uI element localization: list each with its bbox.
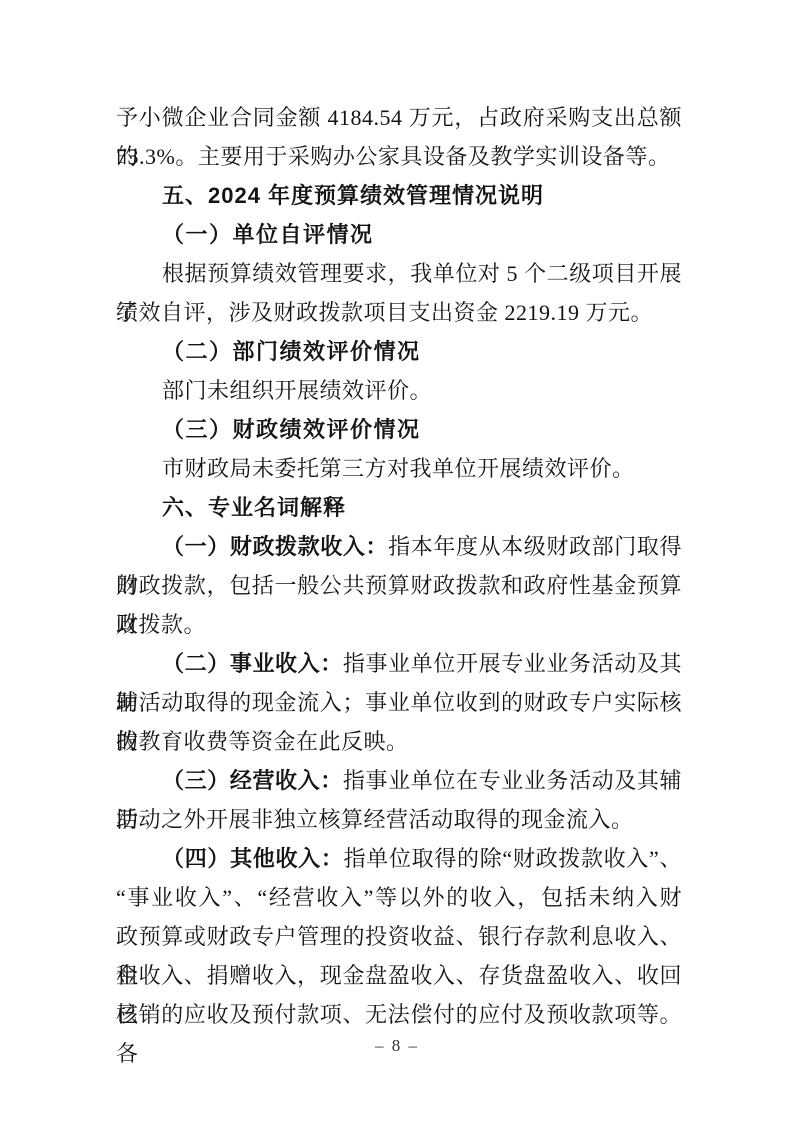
section-5-heading: 五、2024 年度预算绩效管理情况说明 xyxy=(116,176,682,215)
term-definition-line: （二）事业收入：指事业单位开展专业业务活动及其辅 xyxy=(116,644,682,683)
doc-line: 绩效自评，涉及财政拨款项目支出资金 2219.19 万元。 xyxy=(116,293,682,332)
term-label: （四）其他收入： xyxy=(162,846,344,871)
term-definition-line: （四）其他收入：指单位取得的除“财政拨款收入”、 xyxy=(116,839,682,878)
term-definition: 指单位取得的除“财政拨款收入”、 xyxy=(344,846,682,871)
doc-line: 的教育收费等资金在此反映。 xyxy=(116,722,682,761)
subsection-3-heading: （三）财政绩效评价情况 xyxy=(116,410,682,449)
doc-line: 73.3%。主要用于采购办公家具设备及教学实训设备等。 xyxy=(116,137,682,176)
page-number: – 8 – xyxy=(0,1036,794,1056)
doc-line: 根据预算绩效管理要求，我单位对 5 个二级项目开展了 xyxy=(116,254,682,293)
doc-line: 核销的应收及预付款项、无法偿付的应付及预收款项等。各 xyxy=(116,995,682,1034)
term-definition-line: （三）经营收入：指事业单位在专业业务活动及其辅助 xyxy=(116,761,682,800)
doc-line: 予小微企业合同金额 4184.54 万元，占政府采购支出总额的 xyxy=(116,98,682,137)
doc-line: 政拨款。 xyxy=(116,605,682,644)
section-6-heading: 六、专业名词解释 xyxy=(116,488,682,527)
document-page: 予小微企业合同金额 4184.54 万元，占政府采购支出总额的 73.3%。主要… xyxy=(0,0,794,1122)
doc-line: 助活动取得的现金流入；事业单位收到的财政专户实际核拨 xyxy=(116,683,682,722)
subsection-1-heading: （一）单位自评情况 xyxy=(116,215,682,254)
term-definition-line: （一）财政拨款收入：指本年度从本级财政部门取得的 xyxy=(116,527,682,566)
doc-line: 政预算或财政专户管理的投资收益、银行存款利息收入、租 xyxy=(116,917,682,956)
term-label: （二）事业收入： xyxy=(162,651,343,676)
term-label: （一）财政拨款收入： xyxy=(162,534,388,559)
doc-line: 财政拨款，包括一般公共预算财政拨款和政府性基金预算财 xyxy=(116,566,682,605)
subsection-2-heading: （二）部门绩效评价情况 xyxy=(116,332,682,371)
doc-line: “事业收入”、“经营收入”等以外的收入，包括未纳入财 xyxy=(116,878,682,917)
doc-line: 部门未组织开展绩效评价。 xyxy=(116,371,682,410)
doc-line: 活动之外开展非独立核算经营活动取得的现金流入。 xyxy=(116,800,682,839)
page-body: 予小微企业合同金额 4184.54 万元，占政府采购支出总额的 73.3%。主要… xyxy=(116,98,682,1034)
doc-line: 市财政局未委托第三方对我单位开展绩效评价。 xyxy=(116,449,682,488)
term-label: （三）经营收入： xyxy=(162,768,343,793)
doc-line: 金收入、捐赠收入，现金盘盈收入、存货盘盈收入、收回已 xyxy=(116,956,682,995)
